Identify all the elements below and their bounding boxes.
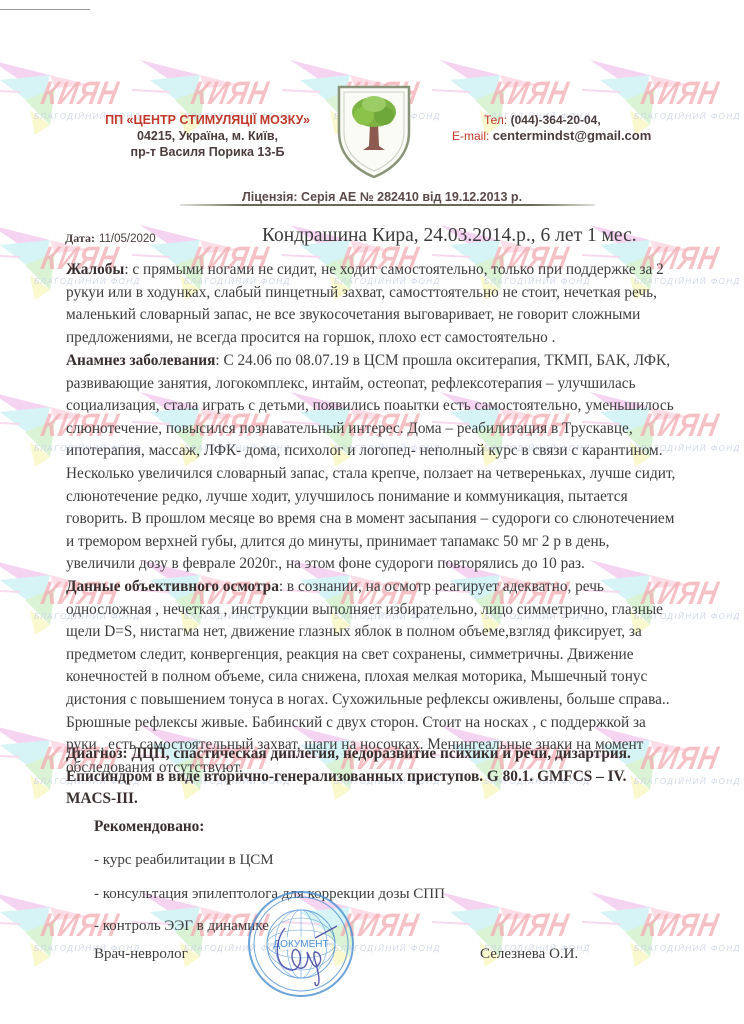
complaints-section: Жалобы: с прямыми ногами не сидит, не хо… [66,259,686,349]
exam-line: предметом следит, конвергенция, реакция … [66,644,686,667]
diagnosis-section: Диагноз: ДЦП, спастическая диплегия, нед… [66,743,686,811]
recommendation-item: - контроль ЭЭГ в динамике [94,918,269,935]
anamnesis-line: развивающие занятия, логокомплекс, интай… [66,373,686,396]
header-divider [180,204,595,206]
stamp-center-text: ДОКУМЕНТ [273,939,328,950]
watermark-tile: КИЯНБЛАГОДІЙНИЙ ФОНД [430,872,560,982]
phone-label: Тел: [484,113,507,127]
anamnesis-line: и тремором верхней губы, длится до минут… [66,531,686,554]
watermark-tile: КИЯНБЛАГОДІЙНИЙ ФОНД [0,40,110,150]
org-name: ПП «ЦЕНТР СТИМУЛЯЦІЇ МОЗКУ» [100,112,315,128]
anamnesis-label: Анамнез заболевания [66,352,215,369]
exam-line: односложная , нечеткая , инструкции выпо… [66,599,686,622]
date-line: Дата: 11/05/2020 [65,229,156,247]
anamnesis-line: Анамнез заболевания: С 24.06 по 08.07.19… [66,350,686,373]
date-label: Дата: [65,231,95,245]
diagnosis-line: Диагноз: ДЦП, спастическая диплегия, нед… [66,743,686,766]
doctor-name: Селезнева О.И. [480,946,578,963]
email-line: E-mail: centermindst@gmail.com [452,128,651,144]
watermark-word: КИЯН [488,74,573,113]
watermark-word: КИЯН [488,906,573,945]
watermark-word: КИЯН [38,74,123,113]
complaints-line: предложениями, не всегда просится на гор… [66,327,686,350]
phone-line: Тел: (044)-364-20-04, [452,113,651,128]
anamnesis-line: увеличили дозу в феврале 2020г., на этом… [66,553,686,576]
address-line-2: пр-т Василя Порика 13-Б [100,144,315,160]
org-address-block: ПП «ЦЕНТР СТИМУЛЯЦІЇ МОЗКУ» 04215, Украї… [100,112,315,160]
exam-line: щели D=S, нистагма нет, движение глазных… [66,621,686,644]
diagnosis-line: MACS-III. [66,788,686,811]
address-line-1: 04215, Україна, м. Київ, [100,128,315,144]
phone-number: (044)-364-20-04, [511,113,601,127]
watermark-word: КИЯН [638,906,723,945]
contacts-block: Тел: (044)-364-20-04, E-mail: centermind… [452,113,651,144]
exam-line: конечностей в полном объеме, сила снижен… [66,666,686,689]
exam-line: Данные объективного осмотра: в сознании,… [66,576,686,599]
anamnesis-line: слюнотечение редко, лучше ходит, улучшил… [66,486,686,509]
watermark-word: КИЯН [188,74,273,113]
exam-line: дистония с повышением тонуса в ногах. Су… [66,689,686,712]
anamnesis-section: Анамнез заболевания: С 24.06 по 08.07.19… [66,350,686,576]
date-value: 11/05/2020 [99,233,156,245]
anamnesis-line: ипотерапия, массаж, ЛФК- дома, психолог … [66,440,686,463]
watermark-word: КИЯН [638,74,723,113]
round-seal-stamp-icon: ДОКУМЕНТ [245,888,357,1000]
email-label: E-mail: [452,129,489,143]
exam-label: Данные объективного осмотра [66,578,279,595]
complaints-line: маленький словарный запас, не все звукос… [66,304,686,327]
anamnesis-line: Несколько увеличился словарный запас, ст… [66,463,686,486]
patient-heading: Кондрашина Кира, 24.03.2014.р., 6 лет 1 … [262,225,637,247]
license-line: Ліцензія: Серія АЕ № 282410 від 19.12.20… [242,190,522,204]
top-scan-line [0,9,90,10]
watermark-tile: КИЯНБЛАГОДІЙНИЙ ФОНД [580,872,710,982]
anamnesis-line: социализация, стала играть с детьми, поя… [66,395,686,418]
recommendations-title: Рекомендовано: [94,818,204,836]
email-address: centermindst@gmail.com [493,128,652,143]
watermark-subtitle: БЛАГОДІЙНИЙ ФОНД [634,944,741,953]
complaints-line: Жалобы: с прямыми ногами не сидит, не хо… [66,259,686,282]
recommendation-item: - курс реабилитации в ЦСМ [94,852,274,869]
complaints-line: рукуи или в ходунках, слабый пинцетный з… [66,282,686,305]
anamnesis-line: слюнотечение, повысился познавательный и… [66,418,686,441]
complaints-label: Жалобы [66,261,124,278]
handwritten-signature-icon [277,926,337,986]
anamnesis-line: говорить. В прошлом месяце во время сна … [66,508,686,531]
doctor-role: Врач-невролог [94,946,188,963]
exam-line: Брюшные рефлексы живые. Бабинский с двух… [66,712,686,735]
diagnosis-line: Еписиндром в виде вторично-генерализован… [66,766,686,789]
tree-shield-logo-icon [336,84,412,180]
